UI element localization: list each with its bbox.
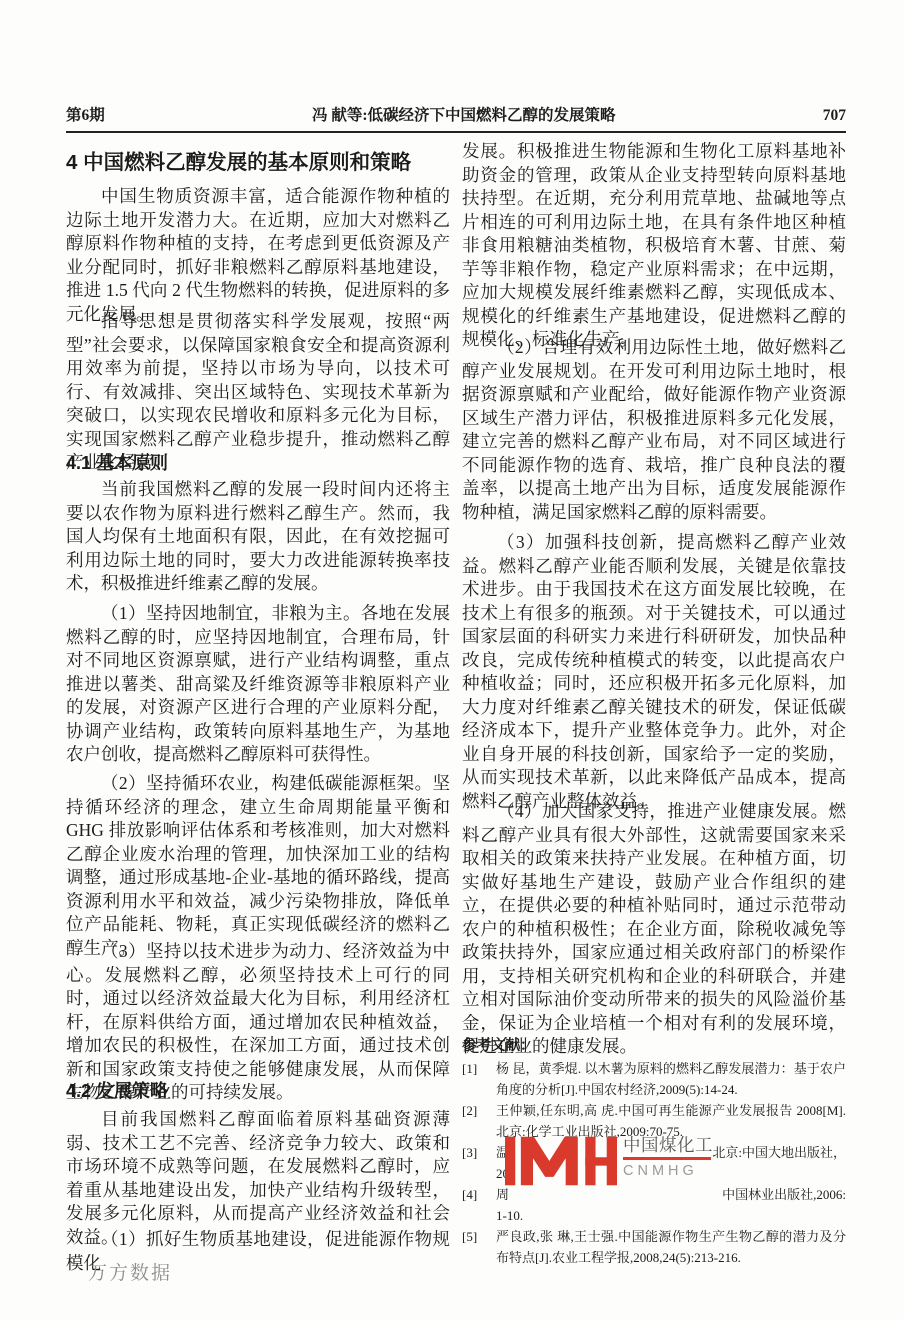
- reference-number: [3]: [462, 1142, 496, 1163]
- references-heading: 参考文献：: [462, 1034, 535, 1055]
- reference-item-3: [3] 温 北京:中国大地出版社，: [462, 1142, 846, 1163]
- scanned-paper-page: 第6期 冯 献等:低碳经济下中国燃料乙醇的发展策略 707 4 中国燃料乙醇发展…: [0, 0, 904, 1320]
- reference-number: [5]: [462, 1226, 496, 1268]
- paragraph-strategy-2: （2）合理有效利用边际性土地，做好燃料乙醇产业发展规划。在开发可利用边际土地时，…: [462, 336, 846, 524]
- header-issue: 第6期: [66, 103, 105, 125]
- page-header: 第6期 冯 献等:低碳经济下中国燃料乙醇的发展策略 707: [66, 103, 846, 133]
- reference-item-4: [4] 周 中国林业出版社,2006:: [462, 1184, 846, 1205]
- references-list: [1] 杨 昆，黄季焜. 以木薯为原料的燃料乙醇发展潜力：基于农户角度的分析[J…: [462, 1058, 846, 1268]
- reference-text-fragment: 中国林业出版社,2006:: [722, 1184, 846, 1205]
- paragraph-intro: 中国生物质资源丰富，适合能源作物种植的边际土地开发潜力大。在近期，应加大对燃料乙…: [66, 185, 450, 326]
- right-column: 发展。积极推进生物能源和生物化工原料基地补助资金的管理，政策从企业支持型转向原料…: [462, 138, 846, 1268]
- section-4-1-heading: 4.1 基本原则: [66, 452, 450, 475]
- paragraph-principle-1: （1）坚持因地制宜，非粮为主。各地在发展燃料乙醇的时，应坚持因地制宜，合理布局，…: [66, 602, 450, 767]
- reference-item-5: [5] 严良政,张 琳,王士强.中国能源作物生产生物乙醇的潜力及分布特点[J].…: [462, 1226, 846, 1268]
- paragraph-principles-intro: 当前我国燃料乙醇的发展一段时间内还将主要以农作物为原料进行燃料乙醇生产。然而，我…: [66, 478, 450, 596]
- reference-continuation: 1-10.: [496, 1205, 846, 1226]
- reference-text-fragment: 温: [496, 1142, 509, 1163]
- reference-item-1: [1] 杨 昆，黄季焜. 以木薯为原料的燃料乙醇发展潜力：基于农户角度的分析[J…: [462, 1058, 846, 1100]
- paragraph-strategy-3: （3）加强科技创新，提高燃料乙醇产业效益。燃料乙醇产业能否顺利发展，关键是依靠技…: [462, 531, 846, 813]
- reference-text: 严良政,张 琳,王士强.中国能源作物生产生物乙醇的潜力及分布特点[J].农业工程…: [496, 1226, 846, 1268]
- header-running-title: 冯 献等:低碳经济下中国燃料乙醇的发展策略: [312, 103, 616, 125]
- paragraph-principle-2: （2）坚持循环农业，构建低碳能源框架。坚持循环经济的理念，建立生命周期能量平衡和…: [66, 772, 450, 960]
- section-4-heading: 4 中国燃料乙醇发展的基本原则和策略: [66, 150, 450, 176]
- reference-text: 王仲颖,任东明,高 虎.中国可再生能源产业发展报告 2008[M]. 北京:化学…: [496, 1100, 846, 1142]
- section-4-2-heading: 4.2 发展策略: [66, 1080, 450, 1103]
- obscured-gap: [509, 1184, 722, 1205]
- left-column: 4 中国燃料乙醇发展的基本原则和策略 中国生物质资源丰富，适合能源作物种植的边际…: [66, 140, 450, 1250]
- paragraph-strategy-4: （4）加大国家支持，推进产业健康发展。燃料乙醇产业具有很大外部性，这就需要国家来…: [462, 800, 846, 1059]
- reference-number: [4]: [462, 1184, 496, 1205]
- reference-continuation: 20: [496, 1163, 846, 1184]
- paragraph-guideline: 指导思想是贯彻落实科学发展观，按照“两型”社会要求，以保障国家粮食安全和提高资源…: [66, 310, 450, 475]
- reference-text: 杨 昆，黄季焜. 以木薯为原料的燃料乙醇发展潜力：基于农户角度的分析[J].中国…: [496, 1058, 846, 1100]
- reference-text-fragment: 北京:中国大地出版社，: [712, 1142, 846, 1163]
- wanfang-watermark: 万方数据: [88, 1258, 172, 1285]
- reference-number: [2]: [462, 1100, 496, 1142]
- reference-item-2: [2] 王仲颖,任东明,高 虎.中国可再生能源产业发展报告 2008[M]. 北…: [462, 1100, 846, 1142]
- obscured-gap: [509, 1142, 712, 1163]
- header-page-number: 707: [823, 107, 846, 125]
- reference-text-fragment: 周: [496, 1184, 509, 1205]
- reference-number: [1]: [462, 1058, 496, 1100]
- paragraph-strategy-1-cont: 发展。积极推进生物能源和生物化工原料基地补助资金的管理，政策从企业支持型转向原料…: [462, 140, 846, 352]
